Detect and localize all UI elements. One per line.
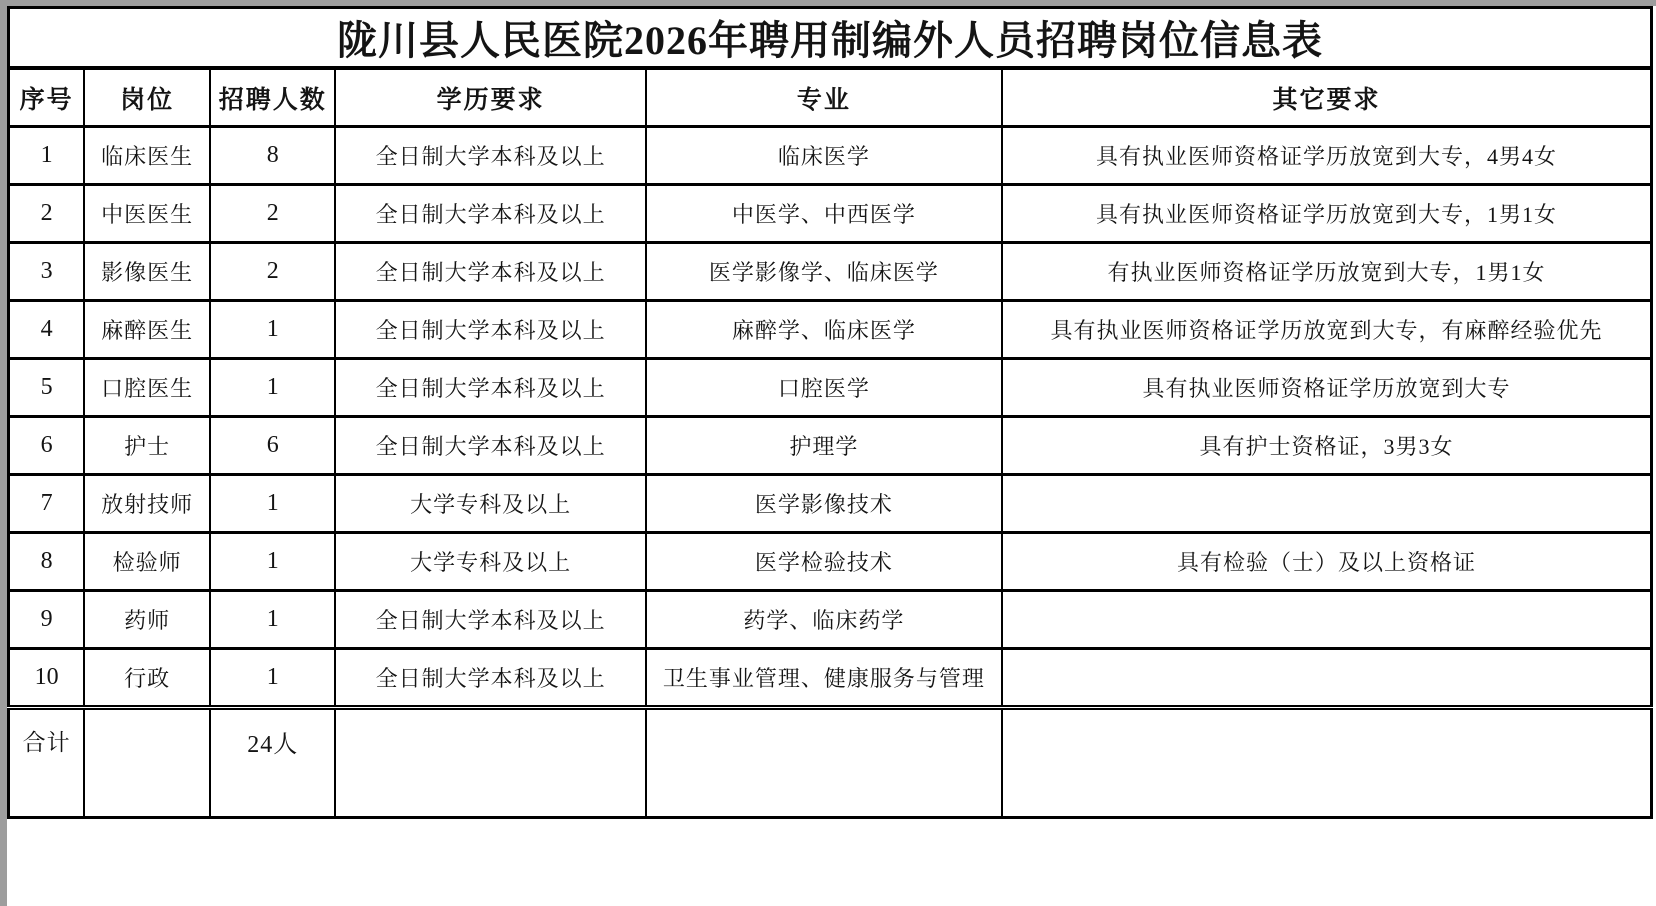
table-row: 3影像医生2全日制大学本科及以上医学影像学、临床医学有执业医师资格证学历放宽到大… (9, 243, 1652, 301)
table-cell: 1 (210, 301, 335, 359)
column-header-6: 其它要求 (1002, 68, 1652, 127)
column-header-5: 专业 (646, 68, 1002, 127)
table-cell: 全日制大学本科及以上 (335, 301, 646, 359)
table-cell: 卫生事业管理、健康服务与管理 (646, 649, 1002, 708)
table-cell: 1 (210, 475, 335, 533)
table-cell: 放射技师 (84, 475, 210, 533)
table-cell: 麻醉学、临床医学 (646, 301, 1002, 359)
table-cell: 中医学、中西医学 (646, 185, 1002, 243)
table-cell: 全日制大学本科及以上 (335, 127, 646, 185)
total-label: 合计 (9, 708, 85, 781)
table-cell: 全日制大学本科及以上 (335, 649, 646, 708)
table-cell (1002, 591, 1652, 649)
table-cell: 5 (9, 359, 85, 417)
title-row: 陇川县人民医院2026年聘用制编外人员招聘岗位信息表 (9, 8, 1652, 69)
table-cell: 临床医生 (84, 127, 210, 185)
table-cell (1002, 475, 1652, 533)
table-cell: 口腔医生 (84, 359, 210, 417)
total-empty-cell (1002, 708, 1652, 781)
table-cell: 全日制大学本科及以上 (335, 591, 646, 649)
table-cell: 具有执业医师资格证学历放宽到大专，4男4女 (1002, 127, 1652, 185)
table-cell: 医学影像学、临床医学 (646, 243, 1002, 301)
table-cell: 1 (210, 359, 335, 417)
table-cell: 10 (9, 649, 85, 708)
table-cell: 影像医生 (84, 243, 210, 301)
table-cell: 全日制大学本科及以上 (335, 243, 646, 301)
table-cell: 1 (9, 127, 85, 185)
table-row: 5口腔医生1全日制大学本科及以上口腔医学具有执业医师资格证学历放宽到大专 (9, 359, 1652, 417)
table-cell: 医学影像技术 (646, 475, 1002, 533)
table-cell: 4 (9, 301, 85, 359)
table-cell: 3 (9, 243, 85, 301)
table-row: 1临床医生8全日制大学本科及以上临床医学具有执业医师资格证学历放宽到大专，4男4… (9, 127, 1652, 185)
table-cell: 麻醉医生 (84, 301, 210, 359)
table-cell: 护理学 (646, 417, 1002, 475)
table-cell: 中医医生 (84, 185, 210, 243)
table-cell: 9 (9, 591, 85, 649)
total-empty-cell (84, 708, 210, 781)
table-cell: 检验师 (84, 533, 210, 591)
page-title: 陇川县人民医院2026年聘用制编外人员招聘岗位信息表 (9, 8, 1652, 69)
table-cell: 2 (210, 243, 335, 301)
table-cell: 口腔医学 (646, 359, 1002, 417)
table-row: 2中医医生2全日制大学本科及以上中医学、中西医学具有执业医师资格证学历放宽到大专… (9, 185, 1652, 243)
table-cell: 全日制大学本科及以上 (335, 359, 646, 417)
table-cell: 1 (210, 649, 335, 708)
table-cell: 临床医学 (646, 127, 1002, 185)
table-cell: 药师 (84, 591, 210, 649)
table-cell: 2 (9, 185, 85, 243)
table-cell: 8 (9, 533, 85, 591)
table-cell: 大学专科及以上 (335, 475, 646, 533)
table-cell: 具有护士资格证，3男3女 (1002, 417, 1652, 475)
table-row: 10行政1全日制大学本科及以上卫生事业管理、健康服务与管理 (9, 649, 1652, 708)
table-header-row: 序号岗位招聘人数学历要求专业其它要求 (9, 68, 1652, 127)
table-cell: 1 (210, 591, 335, 649)
recruitment-table: 陇川县人民医院2026年聘用制编外人员招聘岗位信息表 序号岗位招聘人数学历要求专… (7, 6, 1653, 780)
table-cell: 护士 (84, 417, 210, 475)
total-row: 合计 24人 (9, 708, 1652, 781)
total-empty-cell (646, 708, 1002, 781)
table-row: 8检验师1大学专科及以上医学检验技术具有检验（士）及以上资格证 (9, 533, 1652, 591)
table-cell: 行政 (84, 649, 210, 708)
column-header-4: 学历要求 (335, 68, 646, 127)
table-cell: 有执业医师资格证学历放宽到大专，1男1女 (1002, 243, 1652, 301)
table-cell: 7 (9, 475, 85, 533)
column-header-3: 招聘人数 (210, 68, 335, 127)
table-cell: 全日制大学本科及以上 (335, 185, 646, 243)
table-cell: 8 (210, 127, 335, 185)
column-header-2: 岗位 (84, 68, 210, 127)
table-cell: 6 (210, 417, 335, 475)
document-page: 陇川县人民医院2026年聘用制编外人员招聘岗位信息表 序号岗位招聘人数学历要求专… (7, 6, 1656, 780)
total-empty-cell (335, 708, 646, 781)
table-cell (1002, 649, 1652, 708)
table-row: 9药师1全日制大学本科及以上药学、临床药学 (9, 591, 1652, 649)
table-cell: 具有执业医师资格证学历放宽到大专 (1002, 359, 1652, 417)
table-cell: 医学检验技术 (646, 533, 1002, 591)
table-cell: 6 (9, 417, 85, 475)
table-cell: 具有检验（士）及以上资格证 (1002, 533, 1652, 591)
column-header-1: 序号 (9, 68, 85, 127)
total-count: 24人 (210, 708, 335, 781)
table-cell: 药学、临床药学 (646, 591, 1002, 649)
table-cell: 大学专科及以上 (335, 533, 646, 591)
table-cell: 2 (210, 185, 335, 243)
table-row: 7放射技师1大学专科及以上医学影像技术 (9, 475, 1652, 533)
table-cell: 具有执业医师资格证学历放宽到大专，1男1女 (1002, 185, 1652, 243)
table-row: 6护士6全日制大学本科及以上护理学具有护士资格证，3男3女 (9, 417, 1652, 475)
table-cell: 1 (210, 533, 335, 591)
table-cell: 具有执业医师资格证学历放宽到大专，有麻醉经验优先 (1002, 301, 1652, 359)
table-cell: 全日制大学本科及以上 (335, 417, 646, 475)
table-row: 4麻醉医生1全日制大学本科及以上麻醉学、临床医学具有执业医师资格证学历放宽到大专… (9, 301, 1652, 359)
